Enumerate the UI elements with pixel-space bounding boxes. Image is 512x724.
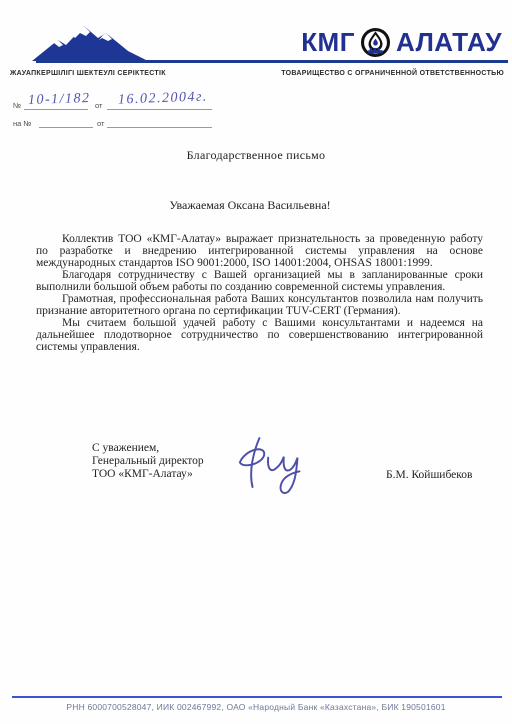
ref-date-line (107, 109, 212, 110)
company-type-label-kk: ЖАУАПКЕРШІЛІГІ ШЕКТЕУЛІ СЕРІКТЕСТІК (10, 70, 166, 77)
closing-line-position: Генеральный директор (92, 455, 204, 468)
brand-lockup: КМГ АЛАТАУ (301, 27, 502, 58)
letter-body: Коллектив ТОО «КМГ-Алатау» выражает приз… (36, 233, 483, 353)
footer-bank-details: РНН 6000700528047, ИИК 002467992, ОАО «Н… (0, 702, 512, 712)
ref-no-label: № (13, 101, 21, 110)
body-paragraph: Мы считаем большой удачей работу с Вашим… (36, 317, 483, 353)
reply-no-line (39, 127, 93, 128)
oil-droplet-emblem-icon (360, 27, 391, 58)
brand-kmg-text: КМГ (301, 27, 355, 58)
closing-block: С уважением, Генеральный директор ТОО «К… (92, 442, 204, 480)
brand-alatau-text: АЛАТАУ (396, 27, 502, 58)
mountain-logo-icon (30, 24, 152, 64)
reply-no-label: на № (13, 119, 31, 128)
ref-date-handwritten-value: 16.02.2004г. (118, 89, 208, 108)
salutation: Уважаемая Оксана Васильевна! (0, 198, 500, 213)
body-paragraph: Грамотная, профессиональная работа Ваших… (36, 293, 483, 317)
handwritten-signature (232, 428, 320, 502)
reply-date-line (107, 127, 212, 128)
ref-from-label: от (95, 101, 102, 110)
letter-title: Благодарственное письмо (0, 148, 512, 163)
header-rule (36, 60, 508, 63)
body-paragraph: Благодаря сотрудничеству с Вашей организ… (36, 269, 483, 293)
closing-line-company: ТОО «КМГ-Алатау» (92, 468, 204, 481)
signer-name: Б.М. Койшибеков (386, 469, 472, 481)
body-paragraph: Коллектив ТОО «КМГ-Алатау» выражает приз… (36, 233, 483, 269)
scanned-letter-page: КМГ АЛАТАУ ЖАУАПКЕРШІЛІГІ ШЕКТЕУЛІ СЕРІК… (0, 0, 512, 724)
company-type-label-ru: ТОВАРИЩЕСТВО С ОГРАНИЧЕННОЙ ОТВЕТСТВЕННО… (281, 70, 504, 77)
ref-no-handwritten-value: 10-1/182 (28, 91, 91, 109)
footer-rule (12, 696, 502, 698)
closing-line-regards: С уважением, (92, 442, 204, 455)
ref-no-line (24, 109, 88, 110)
reply-from-label: от (97, 119, 104, 128)
